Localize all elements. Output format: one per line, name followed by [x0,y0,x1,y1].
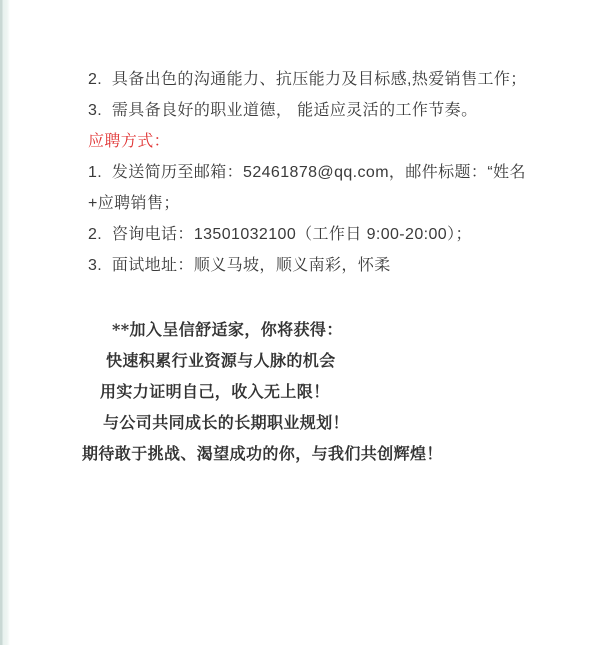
pitch-line-closing: 期待敢于挑战、渴望成功的你，与我们共创辉煌！ [82,438,558,469]
pitch-line-income: 用实力证明自己，收入无上限！ [100,376,558,407]
pitch-line-career: 与公司共同成长的长期职业规划！ [103,407,558,438]
pitch-heading: **加入呈信舒适家，你将获得： [112,314,558,345]
pitch-line-resources: 快速积累行业资源与人脉的机会 [106,345,558,376]
apply-step-1-continuation: +应聘销售； [88,188,558,219]
apply-method-heading: 应聘方式： [88,126,558,157]
apply-step-3-address: 3. 面试地址：顺义马坡，顺义南彩，怀柔 [88,250,558,281]
apply-step-2-phone: 2. 咨询电话：13501032100（工作日 9:00-20:00）； [88,219,558,250]
page-left-edge-strip [0,0,10,645]
document-page: 2. 具备出色的沟通能力、抗压能力及目标感,热爱销售工作； 3. 需具备良好的职… [0,0,594,645]
apply-step-1-email: 1. 发送简历至邮箱：52461878@qq.com，邮件标题：“姓名 [88,157,558,188]
requirement-item-2: 2. 具备出色的沟通能力、抗压能力及目标感,热爱销售工作； [88,64,558,95]
document-content: 2. 具备出色的沟通能力、抗压能力及目标感,热爱销售工作； 3. 需具备良好的职… [88,64,558,469]
requirement-item-3: 3. 需具备良好的职业道德， 能适应灵活的工作节奏。 [88,95,558,126]
